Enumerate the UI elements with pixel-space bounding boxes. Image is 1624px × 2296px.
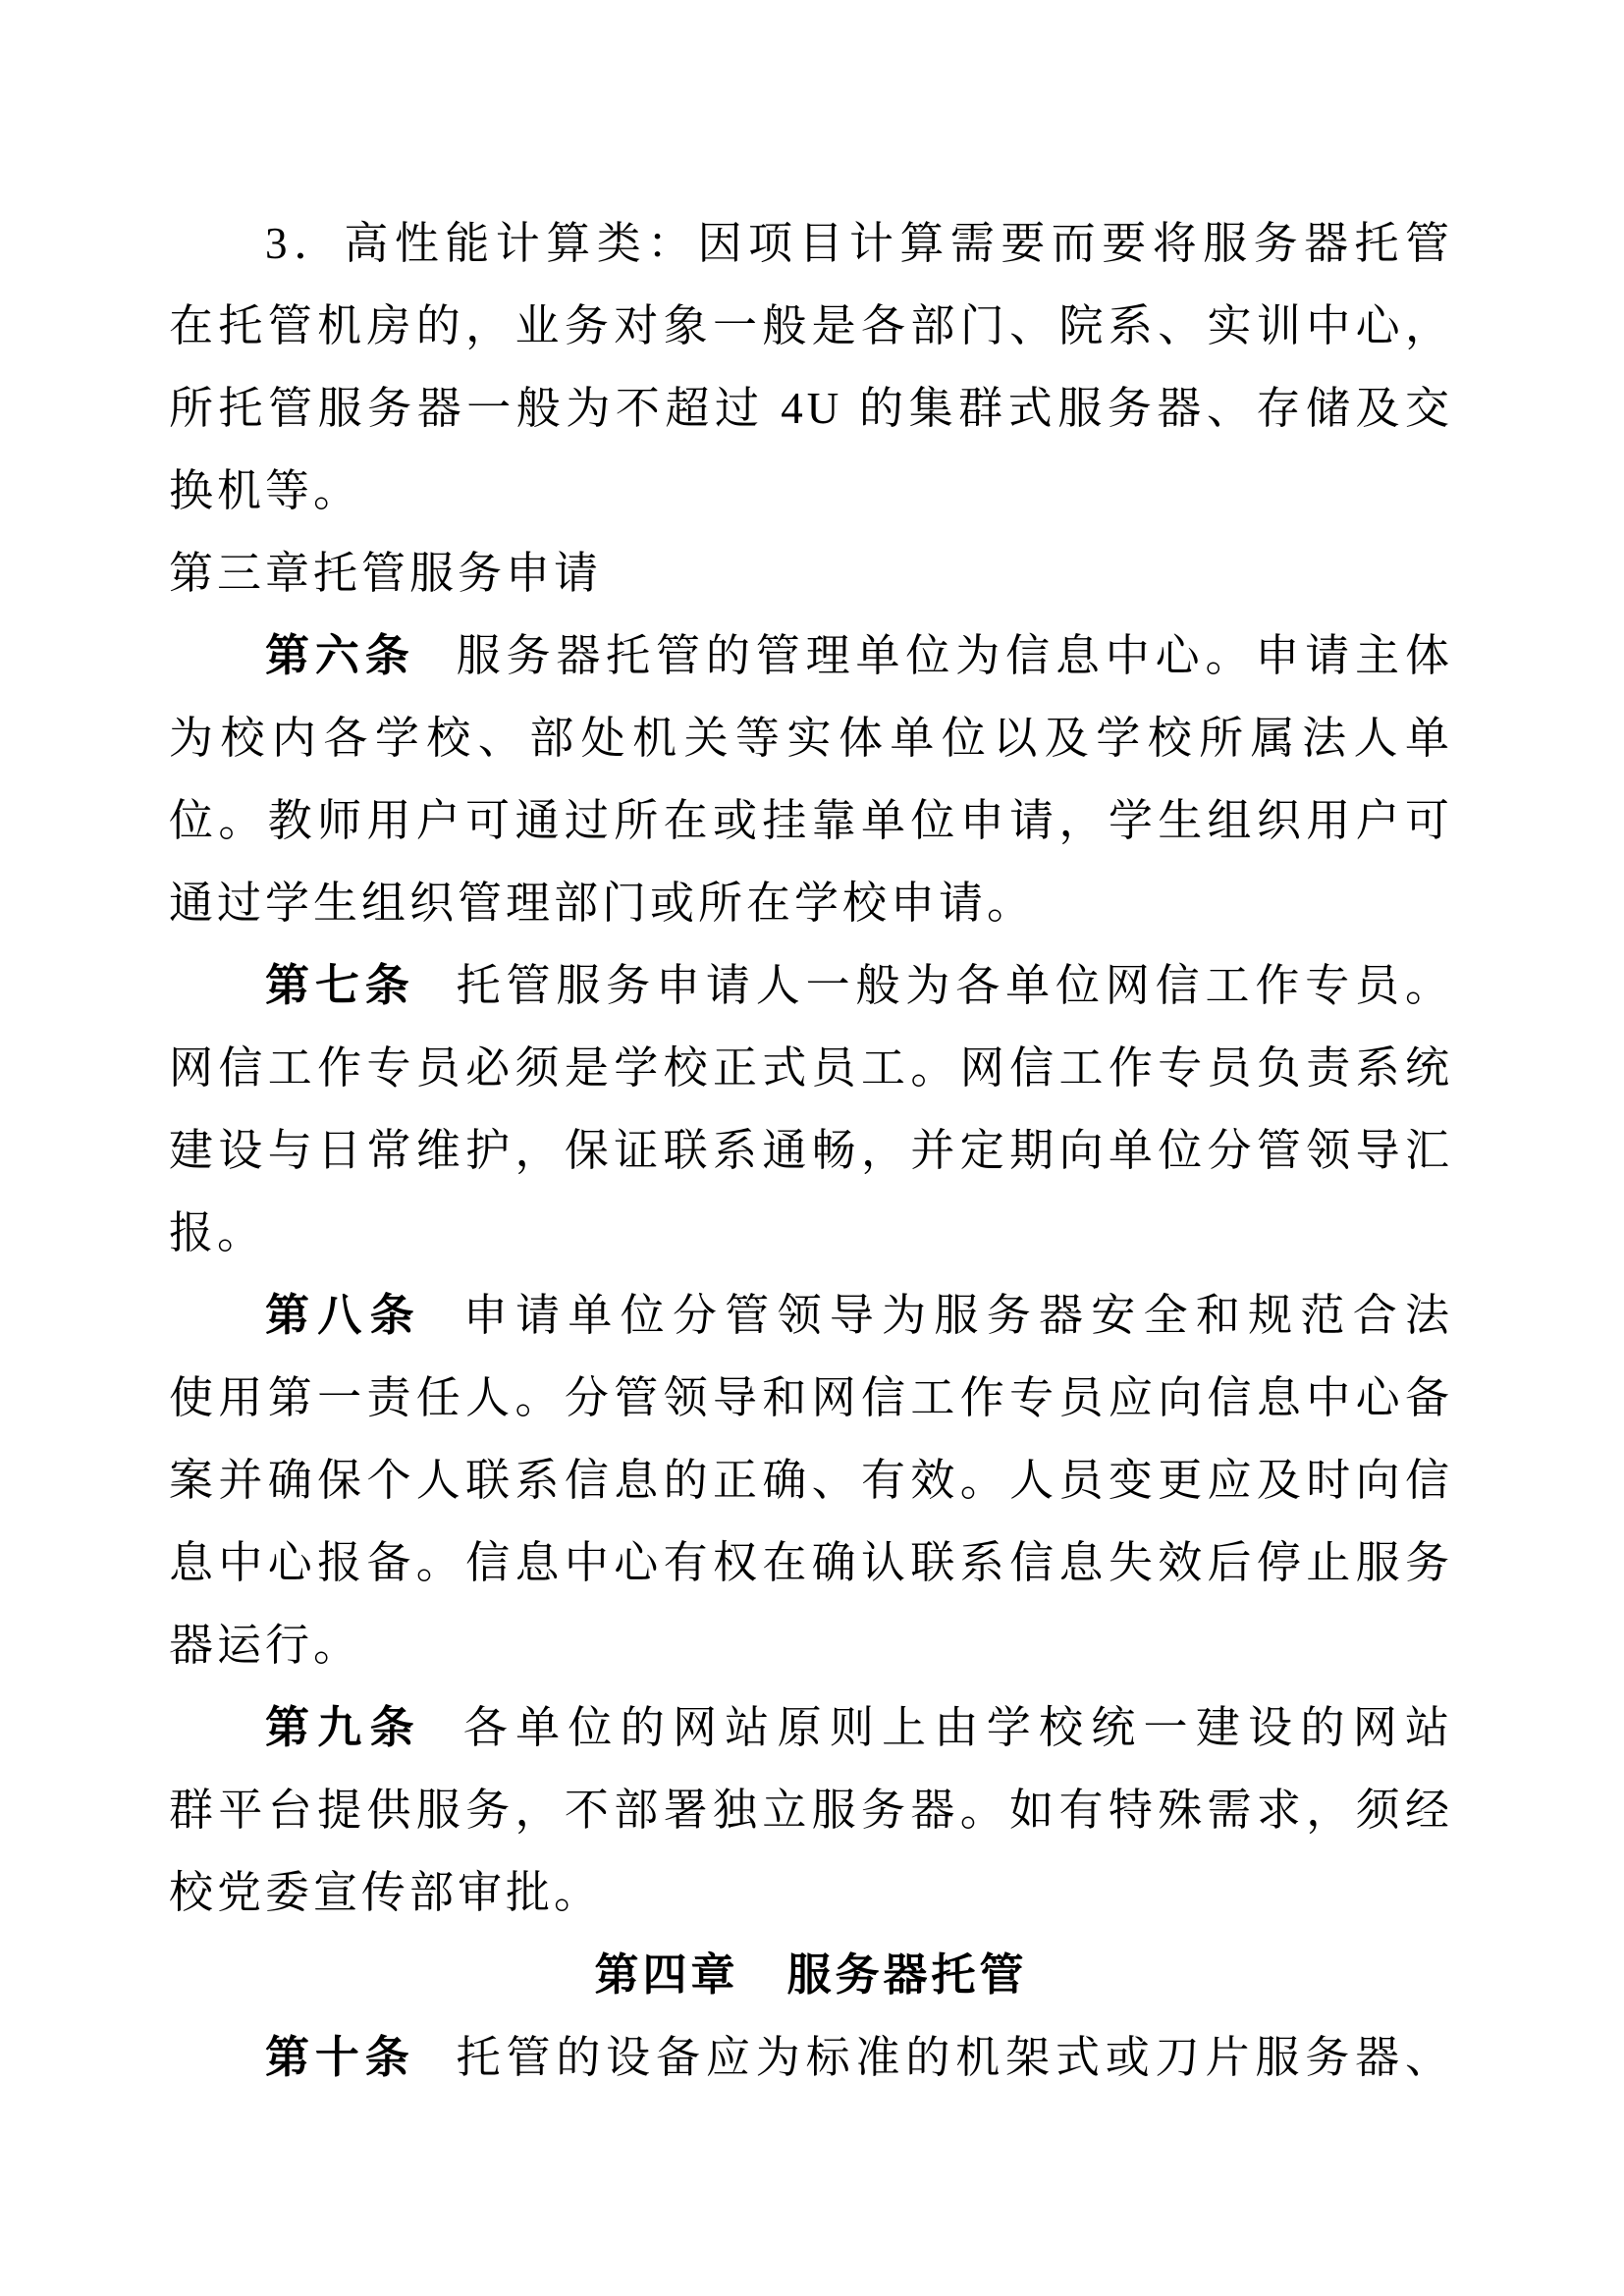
line-text: 使用第一责任人。分管领导和网信工作专员应向信息中心备 <box>169 1373 1453 1422</box>
chapter-heading-3: 第三章托管服务申请 <box>169 532 1453 614</box>
paragraph-line: 校党委宣传部审批。 <box>169 1851 1453 1934</box>
paragraph-line: 第十条托管的设备应为标准的机架式或刀片服务器、 <box>169 2016 1453 2099</box>
paragraph-line: 使用第一责任人。分管领导和网信工作专员应向信息中心备 <box>169 1357 1453 1439</box>
line-text: 第三章托管服务申请 <box>169 549 602 598</box>
line-text: 托管的设备应为标准的机架式或刀片服务器、 <box>457 2033 1453 2082</box>
paragraph-line: 第六条服务器托管的管理单位为信息中心。申请主体 <box>169 614 1453 697</box>
line-text: 建设与日常维护，保证联系通畅，并定期向单位分管领导汇 <box>169 1126 1453 1175</box>
paragraph-line: 器运行。 <box>169 1604 1453 1686</box>
article-label: 第七条 <box>265 960 415 1010</box>
paragraph-line: 在托管机房的，业务对象一般是各部门、院系、实训中心， <box>169 285 1453 367</box>
paragraph-line: 所托管服务器一般为不超过 4U 的集群式服务器、存储及交 <box>169 367 1453 450</box>
line-text: 各单位的网站原则上由学校统一建设的网站 <box>463 1703 1453 1752</box>
paragraph-line: 建设与日常维护，保证联系通畅，并定期向单位分管领导汇 <box>169 1109 1453 1192</box>
article-label: 第十条 <box>265 2032 415 2082</box>
paragraph-line: 网信工作专员必须是学校正式员工。网信工作专员负责系统 <box>169 1027 1453 1109</box>
article-label: 第九条 <box>265 1702 422 1752</box>
line-text: 第四章 服务器托管 <box>594 1949 1027 2000</box>
chapter-heading-4: 第四章 服务器托管 <box>169 1934 1453 2016</box>
paragraph-line: 群平台提供服务，不部署独立服务器。如有特殊需求，须经 <box>169 1769 1453 1851</box>
line-text: 群平台提供服务，不部署独立服务器。如有特殊需求，须经 <box>169 1786 1453 1835</box>
paragraph-line: 息中心报备。信息中心有权在确认联系信息失效后停止服务 <box>169 1522 1453 1604</box>
paragraph-line: 通过学生组织管理部门或所在学校申请。 <box>169 862 1453 944</box>
line-text: 3．高性能计算类：因项目计算需要而要将服务器托管 <box>265 219 1453 268</box>
paragraph-line: 为校内各学校、部处机关等实体单位以及学校所属法人单 <box>169 697 1453 779</box>
line-text: 申请单位分管领导为服务器安全和规范合法 <box>463 1291 1453 1340</box>
line-text: 案并确保个人联系信息的正确、有效。人员变更应及时向信 <box>169 1456 1453 1505</box>
paragraph-line: 3．高性能计算类：因项目计算需要而要将服务器托管 <box>169 202 1453 285</box>
document-page: 3．高性能计算类：因项目计算需要而要将服务器托管 在托管机房的，业务对象一般是各… <box>0 0 1624 2296</box>
line-text: 为校内各学校、部处机关等实体单位以及学校所属法人单 <box>169 714 1453 763</box>
paragraph-line: 位。教师用户可通过所在或挂靠单位申请，学生组织用户可 <box>169 779 1453 862</box>
paragraph-line: 案并确保个人联系信息的正确、有效。人员变更应及时向信 <box>169 1439 1453 1522</box>
line-text: 息中心报备。信息中心有权在确认联系信息失效后停止服务 <box>169 1538 1453 1587</box>
line-text: 在托管机房的，业务对象一般是各部门、院系、实训中心， <box>169 301 1453 350</box>
line-text: 所托管服务器一般为不超过 4U 的集群式服务器、存储及交 <box>169 384 1453 433</box>
line-text: 报。 <box>169 1208 265 1257</box>
paragraph-line: 第八条申请单位分管领导为服务器安全和规范合法 <box>169 1274 1453 1357</box>
article-label: 第八条 <box>265 1290 422 1340</box>
line-text: 换机等。 <box>169 466 361 515</box>
paragraph-line: 第九条各单位的网站原则上由学校统一建设的网站 <box>169 1686 1453 1769</box>
line-text: 托管服务申请人一般为各单位网信工作专员。 <box>457 961 1453 1010</box>
paragraph-line: 报。 <box>169 1192 1453 1274</box>
line-text: 器运行。 <box>169 1621 361 1670</box>
line-text: 服务器托管的管理单位为信息中心。申请主体 <box>457 631 1453 680</box>
article-label: 第六条 <box>265 630 415 680</box>
line-text: 校党委宣传部审批。 <box>169 1868 602 1917</box>
line-text: 通过学生组织管理部门或所在学校申请。 <box>169 879 1035 928</box>
line-text: 网信工作专员必须是学校正式员工。网信工作专员负责系统 <box>169 1043 1453 1093</box>
paragraph-line: 换机等。 <box>169 450 1453 532</box>
line-text: 位。教师用户可通过所在或挂靠单位申请，学生组织用户可 <box>169 796 1453 845</box>
paragraph-line: 第七条托管服务申请人一般为各单位网信工作专员。 <box>169 944 1453 1027</box>
